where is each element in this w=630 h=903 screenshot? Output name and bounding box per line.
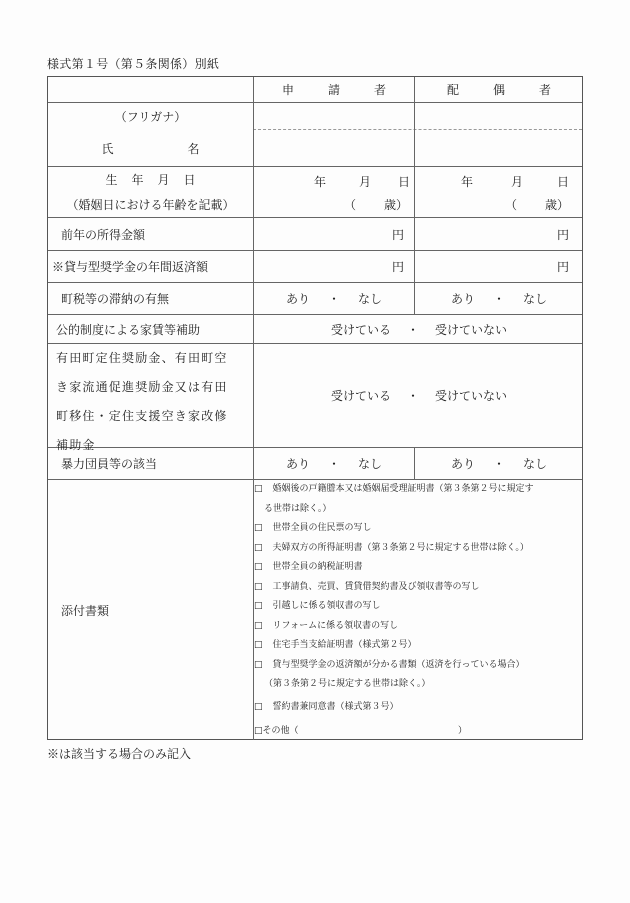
public-rent-subsidy-label: 公的制度による家賃等補助: [48, 315, 253, 343]
birthdate-label-line1: 生 年 月 日: [105, 171, 195, 188]
option-no[interactable]: なし: [358, 290, 382, 307]
gang-member-label: 暴力団員等の該当: [48, 448, 253, 479]
tax-arrears-label: 町税等の滞納の有無: [48, 283, 253, 314]
option-separator: ・: [407, 387, 419, 404]
attachment-text: 夫婦双方の所得証明書（第３条第２号に規定する世帯は除く。）: [273, 543, 529, 553]
arita-subsidy-choice[interactable]: 受けている ・ 受けていない: [254, 344, 584, 447]
attachment-item[interactable]: □リフォームに係る領収書の写し: [254, 617, 584, 637]
attachment-item[interactable]: □誓約書兼同意書（様式第３号）: [254, 698, 584, 718]
applicant-name-field[interactable]: [254, 130, 414, 166]
label-char: 氏: [101, 140, 113, 157]
applicant-income-field[interactable]: 円: [254, 218, 414, 250]
attachment-item[interactable]: □世帯全員の納税証明書: [254, 558, 584, 578]
checkbox-icon[interactable]: □: [254, 562, 263, 572]
attachment-item[interactable]: □貸与型奨学金の返済額が分かる書類（返済を行っている場合）: [254, 656, 584, 676]
age-unit: 歳）: [384, 196, 408, 213]
yen-unit: 円: [392, 258, 404, 275]
option-separator: ・: [328, 455, 340, 472]
day-unit: 日: [557, 173, 569, 190]
arita-subsidy-label: 有田町定住奨励金、有田町空 き家流通促進奨励金又は有田 町移住・定住支援空き家改…: [48, 344, 253, 447]
application-form-table: 申 請 者 配 偶 者 （フリガナ） 氏 名 生 年 月 日 （婚姻日における年…: [47, 76, 583, 740]
applicant-scholarship-field[interactable]: 円: [254, 251, 414, 282]
option-separator: ・: [328, 290, 340, 307]
checkbox-icon[interactable]: □: [254, 621, 263, 631]
month-unit: 月: [359, 173, 371, 190]
attachment-item[interactable]: □婚姻後の戸籍謄本又は婚姻届受理証明書（第３条第２号に規定す: [254, 480, 584, 500]
header-char: 配: [447, 81, 459, 98]
attachment-text: リフォームに係る領収書の写し: [273, 621, 399, 631]
header-char: 者: [374, 81, 386, 98]
spouse-gang-member-choice[interactable]: あり ・ なし: [415, 448, 583, 479]
public-rent-subsidy-choice[interactable]: 受けている ・ 受けていない: [254, 315, 584, 343]
spouse-birthdate-field[interactable]: 年 月 日 （ 歳）: [415, 167, 583, 217]
yen-unit: 円: [557, 226, 569, 243]
attachment-text: 貸与型奨学金の返済額が分かる書類（返済を行っている場合）: [273, 660, 525, 670]
header-char: 申: [282, 81, 294, 98]
birthdate-label: 生 年 月 日 （婚姻日における年齢を記載）: [48, 167, 253, 217]
option-yes[interactable]: あり: [451, 455, 475, 472]
footnote: ※は該当する場合のみ記入: [47, 745, 191, 762]
checkbox-icon[interactable]: □: [254, 484, 263, 494]
attachment-item[interactable]: □夫婦双方の所得証明書（第３条第２号に規定する世帯は除く。）: [254, 539, 584, 559]
name-label: 氏 名: [48, 130, 253, 166]
option-separator: ・: [407, 321, 419, 338]
option-separator: ・: [493, 455, 505, 472]
yen-unit: 円: [557, 258, 569, 275]
header-applicant: 申 請 者: [254, 77, 414, 102]
checkbox-icon[interactable]: □: [254, 601, 263, 611]
month-unit: 月: [511, 173, 523, 190]
header-char: 請: [328, 81, 340, 98]
attachment-text: 引越しに係る領収書の写し: [273, 601, 381, 611]
income-label: 前年の所得金額: [48, 218, 253, 250]
label-char: 名: [188, 140, 200, 157]
checkbox-icon[interactable]: □: [254, 582, 263, 592]
option-not-receiving[interactable]: 受けていない: [435, 321, 507, 338]
checkbox-icon[interactable]: □: [254, 702, 263, 712]
year-unit: 年: [314, 173, 326, 190]
attachments-label: 添付書類: [48, 480, 253, 740]
other-close: ）: [458, 722, 467, 742]
label-char: 年: [131, 171, 143, 188]
applicant-furigana-field[interactable]: [254, 103, 414, 129]
option-yes[interactable]: あり: [286, 455, 310, 472]
document-title: 様式第１号（第５条関係）別紙: [47, 55, 219, 72]
header-char: 偶: [493, 81, 505, 98]
attachment-text: 婚姻後の戸籍謄本又は婚姻届受理証明書（第３条第２号に規定す: [273, 484, 534, 494]
age-unit: 歳）: [545, 196, 569, 213]
age-open: （: [344, 196, 356, 213]
label-line: 町移住・定住支援空き家改修: [56, 402, 253, 431]
attachment-text: 住宅手当支給証明書（様式第２号）: [273, 640, 417, 650]
option-not-receiving[interactable]: 受けていない: [435, 387, 507, 404]
furigana-label: （フリガナ）: [48, 103, 253, 129]
attachment-item-other[interactable]: □その他（ ）: [254, 722, 584, 742]
header-char: 者: [539, 81, 551, 98]
scholarship-label: ※貸与型奨学金の年間返済額: [48, 251, 253, 282]
checkbox-icon[interactable]: □: [254, 660, 263, 670]
spouse-scholarship-field[interactable]: 円: [415, 251, 583, 282]
header-spouse: 配 偶 者: [415, 77, 583, 102]
option-no[interactable]: なし: [523, 290, 547, 307]
applicant-birthdate-field[interactable]: 年 月 日 （ 歳）: [254, 167, 414, 217]
attachment-text: 世帯全員の住民票の写し: [273, 523, 372, 533]
label-line: 有田町定住奨励金、有田町空: [56, 344, 253, 373]
year-unit: 年: [461, 173, 473, 190]
label-char: 生: [105, 171, 117, 188]
attachment-text-cont: る世帯は除く。）: [254, 500, 584, 520]
option-no[interactable]: なし: [358, 455, 382, 472]
option-receiving[interactable]: 受けている: [331, 387, 391, 404]
label-char: 月: [158, 171, 170, 188]
day-unit: 日: [398, 173, 410, 190]
attachment-text: 誓約書兼同意書（様式第３号）: [273, 702, 399, 712]
attachment-text-cont: （第３条第２号に規定する世帯は除く。）: [254, 675, 584, 695]
attachment-text: 工事請負、売買、賃貸借契約書及び領収書等の写し: [273, 582, 480, 592]
option-yes[interactable]: あり: [286, 290, 310, 307]
option-no[interactable]: なし: [523, 455, 547, 472]
checkbox-icon[interactable]: □: [254, 543, 263, 553]
yen-unit: 円: [392, 226, 404, 243]
applicant-tax-arrears-choice[interactable]: あり ・ なし: [254, 283, 414, 314]
label-line: き家流通促進奨励金又は有田: [56, 373, 253, 402]
option-separator: ・: [493, 290, 505, 307]
other-label: □その他（: [254, 726, 299, 736]
spouse-name-field[interactable]: [415, 130, 583, 166]
attachment-item[interactable]: □工事請負、売買、賃貸借契約書及び領収書等の写し: [254, 578, 584, 598]
birthdate-label-line2: （婚姻日における年齢を記載）: [66, 196, 234, 213]
attachment-item[interactable]: □引越しに係る領収書の写し: [254, 597, 584, 617]
option-yes[interactable]: あり: [451, 290, 475, 307]
checkbox-icon[interactable]: □: [254, 640, 263, 650]
checkbox-icon[interactable]: □: [254, 523, 263, 533]
spouse-furigana-field[interactable]: [415, 103, 583, 129]
spouse-income-field[interactable]: 円: [415, 218, 583, 250]
option-receiving[interactable]: 受けている: [331, 321, 391, 338]
attachment-item[interactable]: □住宅手当支給証明書（様式第２号）: [254, 636, 584, 656]
attachments-checklist: □婚姻後の戸籍謄本又は婚姻届受理証明書（第３条第２号に規定す る世帯は除く。） …: [254, 480, 584, 742]
attachment-item[interactable]: □世帯全員の住民票の写し: [254, 519, 584, 539]
applicant-gang-member-choice[interactable]: あり ・ なし: [254, 448, 414, 479]
label-char: 日: [184, 171, 196, 188]
spouse-tax-arrears-choice[interactable]: あり ・ なし: [415, 283, 583, 314]
attachment-text: 世帯全員の納税証明書: [273, 562, 363, 572]
age-open: （: [505, 196, 517, 213]
